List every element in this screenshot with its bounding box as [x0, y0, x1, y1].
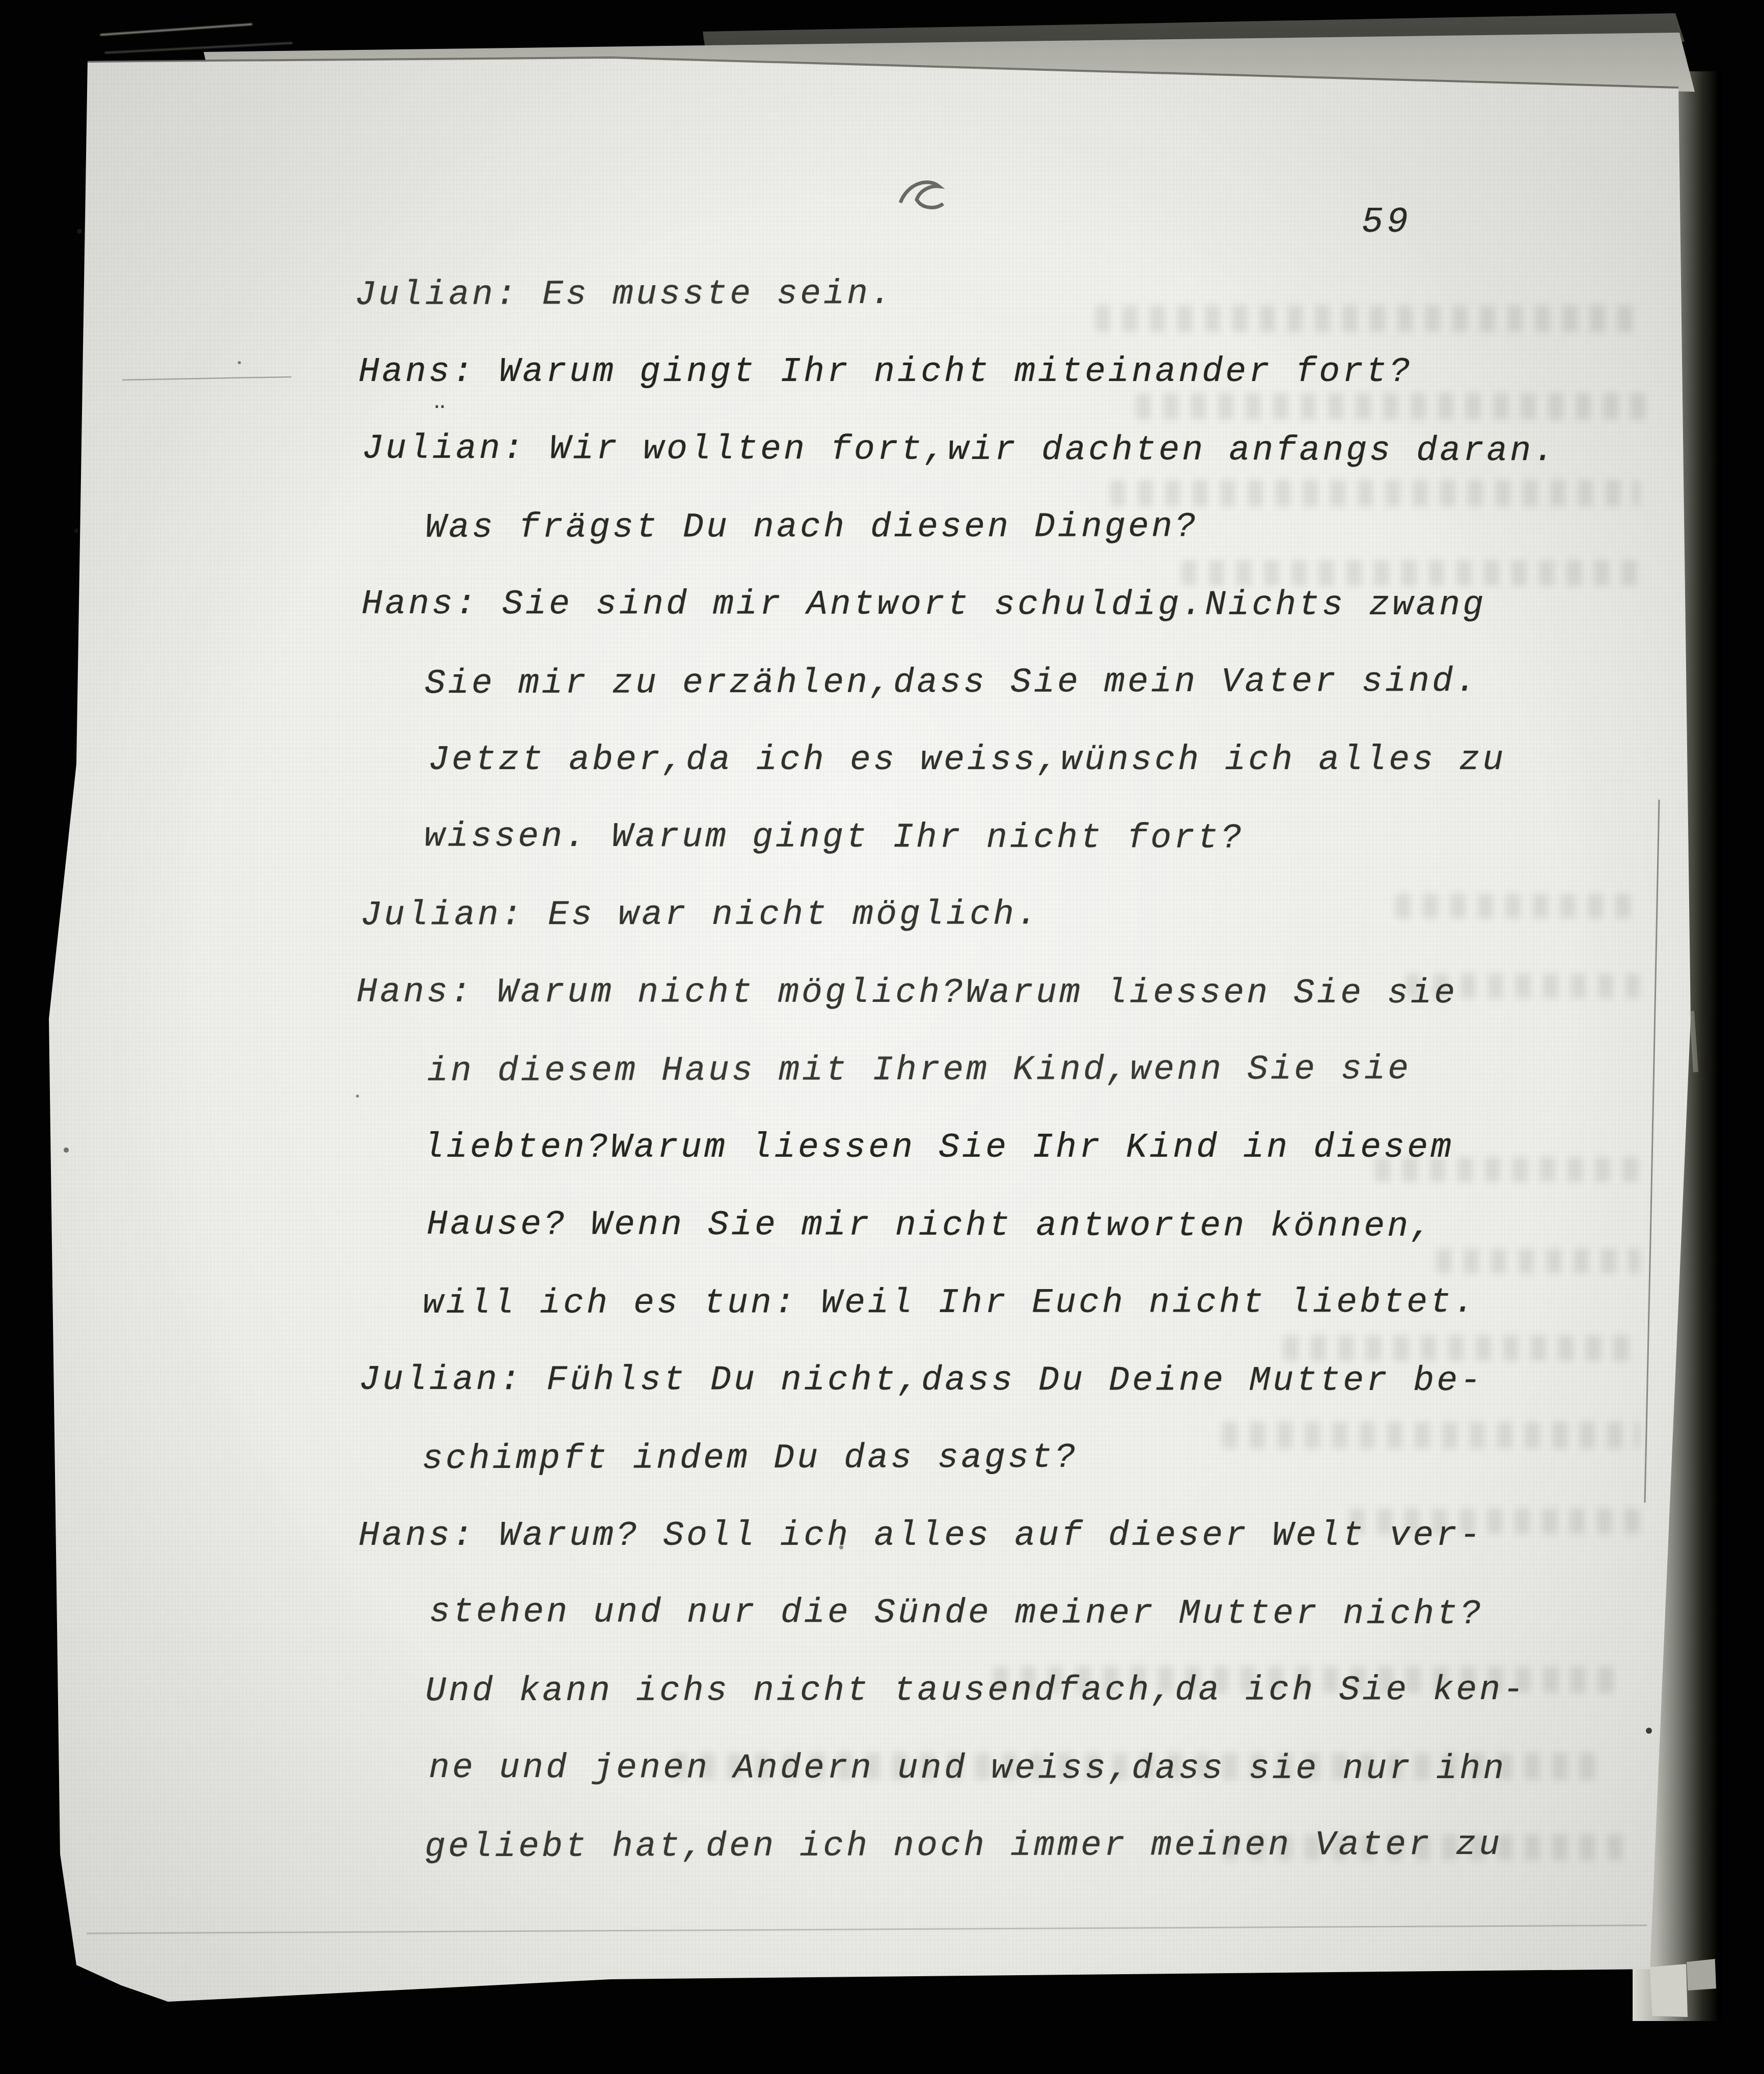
typed-line: Julian: Fühlst Du nicht,dass Du Deine Mu…: [359, 1363, 1483, 1399]
typed-line: liebten?Warum liessen Sie Ihr Kind in di…: [423, 1131, 1454, 1165]
typed-line: geliebt hat,den ich noch immer meinen Va…: [425, 1828, 1502, 1865]
typed-line: Hans: Warum gingt Ihr nicht miteinander …: [359, 355, 1413, 390]
page-number: 59: [1362, 203, 1412, 243]
typed-line: wissen. Warum gingt Ihr nicht fort?: [424, 820, 1244, 856]
typed-line: Sie mir zu erzählen,dass Sie mein Vater …: [425, 665, 1479, 701]
photographed-manuscript-page: 59 ¨ Julian: Es musste sein.Hans: Warum …: [0, 0, 1764, 2074]
typed-line: Julian: Es war nicht möglich.: [361, 897, 1040, 933]
typed-text-layer: 59 ¨ Julian: Es musste sein.Hans: Warum …: [0, 0, 1764, 2074]
typed-line: Und kann ichs nicht tausendfach,da ich S…: [425, 1673, 1526, 1709]
typed-line: Julian: Wir wollten fort,wir dachten anf…: [362, 432, 1557, 469]
typed-line: Hans: Sie sind mir Antwort schuldig.Nich…: [362, 587, 1486, 623]
typed-line: will ich es tun: Weil Ihr Euch nicht lie…: [423, 1286, 1477, 1321]
typed-line: in diesem Haus mit Ihrem Kind,wenn Sie s…: [427, 1052, 1411, 1089]
typed-line: Jetzt aber,da ich es weiss,wünsch ich al…: [428, 743, 1506, 778]
typed-line: Hause? Wenn Sie mir nicht antworten könn…: [427, 1208, 1434, 1244]
typed-line: stehen und nur die Sünde meiner Mutter n…: [429, 1595, 1483, 1632]
typed-line: Hans: Warum? Soll ich alles auf dieser W…: [359, 1519, 1483, 1553]
typed-line: schimpft indem Du das sagst?: [422, 1441, 1078, 1477]
typed-line: Hans: Warum nicht möglich?Warum liessen …: [356, 975, 1457, 1011]
typed-line: Julian: Es musste sein.: [355, 277, 894, 313]
typed-line: Was frägst Du nach diesen Dingen?: [425, 510, 1198, 545]
typed-line: ne und jenen Andern und weiss,dass sie n…: [429, 1751, 1506, 1787]
